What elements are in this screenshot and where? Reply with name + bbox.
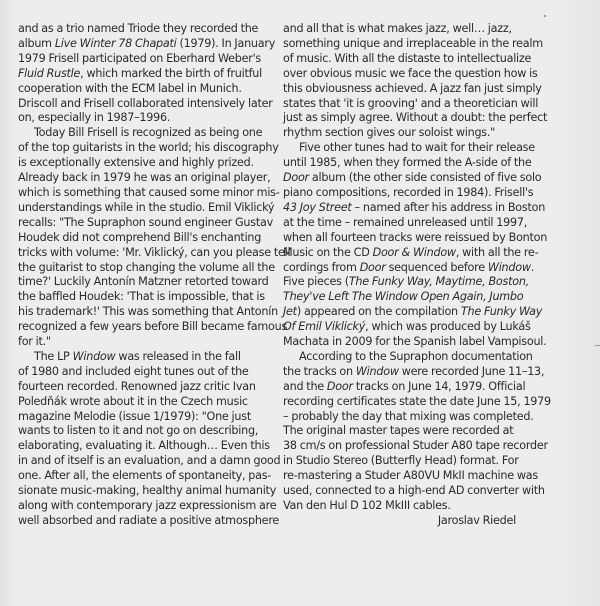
italic-title-text: Live Winter 78 Chapati: [55, 37, 177, 50]
text-line: piano compositions, recorded in 1984). F…: [283, 186, 516, 201]
text-line: time?' Luckily Antonín Matzner retorted …: [18, 275, 258, 290]
body-text: The LP: [34, 350, 73, 363]
body-text: and all that is what makes jazz, well… j…: [283, 22, 512, 35]
body-text: re-mastering a Studer A80VU MkII machine…: [283, 469, 538, 482]
booklet-page: and as a trio named Triode they recorded…: [0, 0, 600, 606]
text-line: just as simply agree. Without a doubt: t…: [283, 111, 516, 126]
italic-title-text: They've Left The Window Open Again, Jumb…: [283, 290, 523, 303]
body-text: this obviousness achieved. A jazz fan ju…: [283, 82, 542, 95]
text-line: cordings from Door sequenced before Wind…: [283, 261, 516, 276]
text-line: is exceptionally extensive and highly pr…: [18, 156, 258, 171]
text-line: states that 'it is grooving' and a theor…: [283, 97, 516, 112]
body-text: of the top guitarists in the world; his …: [18, 141, 279, 154]
italic-title-text: Jet: [283, 305, 297, 318]
body-text: the guitarist to stop changing the volum…: [18, 261, 275, 274]
body-text: until 1985, when they formed the A-side …: [283, 156, 532, 169]
body-text: recalls: "The Supraphon sound engineer G…: [18, 216, 273, 229]
body-text: and as a trio named Triode they recorded…: [18, 22, 258, 35]
body-text: piano compositions, recorded in 1984). F…: [283, 186, 533, 199]
body-text: the baffled Houdek: 'That is impossible,…: [18, 290, 265, 303]
body-text: one. After all, the elements of spontane…: [18, 469, 271, 482]
body-text: and the: [283, 380, 327, 393]
body-text: According to the Supraphon documentation: [299, 350, 533, 363]
body-text: were recorded June 11–13,: [399, 365, 545, 378]
body-text: time?' Luckily Antonín Matzner retorted …: [18, 275, 268, 288]
italic-title-text: Window: [488, 261, 531, 274]
body-text: for it.": [18, 335, 51, 348]
text-line: 43 Joy Street – named after his address …: [283, 201, 516, 216]
body-text: at the time – remained unreleased until …: [283, 216, 527, 229]
body-text: Five pieces (: [283, 275, 349, 288]
body-text: .: [531, 261, 534, 274]
text-line: along with contemporary jazz expressioni…: [18, 499, 258, 514]
body-text: used, connected to a high-end AD convert…: [283, 484, 545, 497]
body-text: wants to listen to it and not go on desc…: [18, 424, 258, 437]
body-text: – probably the day that mixing was compl…: [283, 410, 534, 423]
text-line: of 1980 and included eight tunes out of …: [18, 365, 258, 380]
italic-title-text: The Funky Way: [461, 305, 542, 318]
text-line: wants to listen to it and not go on desc…: [18, 424, 258, 439]
text-line: used, connected to a high-end AD convert…: [283, 484, 516, 499]
body-text: something unique and irreplaceable in th…: [283, 37, 543, 50]
text-line: at the time – remained unreleased until …: [283, 216, 516, 231]
text-line: Five pieces (The Funky Way, Maytime, Bos…: [283, 275, 516, 290]
body-text: Machata in 2009 for the Spanish label Va…: [283, 335, 546, 348]
text-line: rhythm section gives our soloist wings.": [283, 126, 516, 141]
body-text: on, especially in 1987–1996.: [18, 111, 170, 124]
text-line: According to the Supraphon documentation: [283, 350, 516, 365]
body-text: of music. With all the distaste to intel…: [283, 52, 531, 65]
italic-title-text: Door & Window: [373, 246, 456, 259]
body-text: cooperation with the ECM label in Munich…: [18, 82, 242, 95]
text-line: Door album (the other side consisted of …: [283, 171, 516, 186]
body-text: 1979 Frisell participated on Eberhard We…: [18, 52, 261, 65]
body-text: just as simply agree. Without a doubt: t…: [283, 111, 547, 124]
text-line: in Studio Stereo (Butterfly Head) format…: [283, 454, 516, 469]
body-text: magazine Melodie (issue 1/1979): "One ju…: [18, 410, 251, 423]
text-line: Already back in 1979 he was an original …: [18, 171, 258, 186]
text-line: 1979 Frisell participated on Eberhard We…: [18, 52, 258, 67]
body-text: tracks on June 14, 1979. Official: [353, 380, 525, 393]
body-text: recording certificates state the date Ju…: [283, 395, 551, 408]
text-line: Today Bill Frisell is recognized as bein…: [18, 126, 258, 141]
body-text: recognized a few years before Bill becam…: [18, 320, 287, 333]
text-line: when all fourteen tracks were reissued b…: [283, 231, 516, 246]
text-line: Driscoll and Frisell collaborated intens…: [18, 97, 258, 112]
body-text: is exceptionally extensive and highly pr…: [18, 156, 254, 169]
body-text: Poledňák wrote about it in the Czech mus…: [18, 395, 248, 408]
text-line: on, especially in 1987–1996.: [18, 111, 258, 126]
italic-title-text: Fluid Rustle: [18, 67, 80, 80]
italic-title-text: Of Emil Viklický: [283, 320, 365, 333]
body-text: well absorbed and radiate a positive atm…: [18, 514, 279, 527]
text-line: this obviousness achieved. A jazz fan ju…: [283, 82, 516, 97]
text-line: recognized a few years before Bill becam…: [18, 320, 258, 335]
body-text: states that 'it is grooving' and a theor…: [283, 97, 538, 110]
body-text: understandings while in the studio. Emil…: [18, 201, 274, 214]
text-line: recording certificates state the date Ju…: [283, 395, 516, 410]
body-text: sionate music-making, healthy animal hum…: [18, 484, 276, 497]
body-text: when all fourteen tracks were reissued b…: [283, 231, 547, 244]
text-line: Music on the CD Door & Window, with all …: [283, 246, 516, 261]
body-text: – named after his address in Boston: [352, 201, 546, 214]
text-line: the tracks on Window were recorded June …: [283, 365, 516, 380]
body-text: Already back in 1979 he was an original …: [18, 171, 270, 184]
text-line: album Live Winter 78 Chapati (1979). In …: [18, 37, 258, 52]
body-text: Music on the CD: [283, 246, 373, 259]
body-text: was released in the fall: [115, 350, 240, 363]
body-text: cordings from: [283, 261, 360, 274]
text-line: 38 cm/s on professional Studer A80 tape …: [283, 439, 516, 454]
body-text: his trademark!' This was something that …: [18, 305, 278, 318]
text-line: of the top guitarists in the world; his …: [18, 141, 258, 156]
text-line: the guitarist to stop changing the volum…: [18, 261, 258, 276]
text-line: tricks with volume: 'Mr. Viklický, can y…: [18, 246, 258, 261]
text-line: in and of itself is an evaluation, and a…: [18, 454, 258, 469]
text-line: The original master tapes were recorded …: [283, 424, 516, 439]
text-line: The LP Window was released in the fall: [18, 350, 258, 365]
text-line: elaborating, evaluating it. Although… Ev…: [18, 439, 258, 454]
text-line: well absorbed and radiate a positive atm…: [18, 514, 258, 529]
text-line: of music. With all the distaste to intel…: [283, 52, 516, 67]
text-line: – probably the day that mixing was compl…: [283, 410, 516, 425]
text-line: one. After all, the elements of spontane…: [18, 469, 258, 484]
body-text: over obvious music we face the question …: [283, 67, 538, 80]
text-line: over obvious music we face the question …: [283, 67, 516, 82]
author-signature: Jaroslav Riedel: [283, 514, 516, 529]
text-line: and the Door tracks on June 14, 1979. Of…: [283, 380, 516, 395]
italic-title-text: 43 Joy Street: [283, 201, 352, 214]
body-text: tricks with volume: 'Mr. Viklický, can y…: [18, 246, 290, 259]
body-text: in and of itself is an evaluation, and a…: [18, 454, 280, 467]
italic-title-text: Door: [283, 171, 309, 184]
body-text: The original master tapes were recorded …: [283, 424, 513, 437]
scan-speck: [544, 15, 546, 17]
text-line: Machata in 2009 for the Spanish label Va…: [283, 335, 516, 350]
body-text: in Studio Stereo (Butterfly Head) format…: [283, 454, 519, 467]
text-line: magazine Melodie (issue 1/1979): "One ju…: [18, 410, 258, 425]
body-text: sequenced before: [386, 261, 488, 274]
text-line: Jet) appeared on the compilation The Fun…: [283, 305, 516, 320]
body-text: , which was produced by Lukáš: [365, 320, 530, 333]
body-text: (1979). In January: [177, 37, 276, 50]
body-text: fourteen recorded. Renowned jazz critic …: [18, 380, 256, 393]
body-text: album: [18, 37, 55, 50]
italic-title-text: Window: [73, 350, 116, 363]
text-line: fourteen recorded. Renowned jazz critic …: [18, 380, 258, 395]
italic-title-text: The Funky Way, Maytime, Boston,: [349, 275, 529, 288]
italic-title-text: Door: [327, 380, 353, 393]
italic-title-text: Door: [360, 261, 386, 274]
body-text: the tracks on: [283, 365, 356, 378]
body-text: Van den Hul D 102 MkIII cables.: [283, 499, 451, 512]
body-text: of 1980 and included eight tunes out of …: [18, 365, 249, 378]
text-line: recalls: "The Supraphon sound engineer G…: [18, 216, 258, 231]
left-text-column: and as a trio named Triode they recorded…: [18, 22, 258, 529]
body-text: which is something that caused some mino…: [18, 186, 280, 199]
text-line: Of Emil Viklický, which was produced by …: [283, 320, 516, 335]
body-text: rhythm section gives our soloist wings.": [283, 126, 495, 139]
body-text: Five other tunes had to wait for their r…: [299, 141, 535, 154]
body-text: Houdek did not comprehend Bill's enchant…: [18, 231, 261, 244]
body-text: album (the other side consisted of five …: [309, 171, 542, 184]
text-line: sionate music-making, healthy animal hum…: [18, 484, 258, 499]
text-line: re-mastering a Studer A80VU MkII machine…: [283, 469, 516, 484]
body-text: Today Bill Frisell is recognized as bein…: [34, 126, 262, 139]
body-text: ) appeared on the compilation: [297, 305, 461, 318]
text-line: They've Left The Window Open Again, Jumb…: [283, 290, 516, 305]
scan-speck: [595, 345, 600, 346]
text-line: Poledňák wrote about it in the Czech mus…: [18, 395, 258, 410]
text-line: understandings while in the studio. Emil…: [18, 201, 258, 216]
text-line: for it.": [18, 335, 258, 350]
text-line: which is something that caused some mino…: [18, 186, 258, 201]
text-line: Five other tunes had to wait for their r…: [283, 141, 516, 156]
text-line: and as a trio named Triode they recorded…: [18, 22, 258, 37]
text-line: until 1985, when they formed the A-side …: [283, 156, 516, 171]
body-text: along with contemporary jazz expressioni…: [18, 499, 276, 512]
text-line: cooperation with the ECM label in Munich…: [18, 82, 258, 97]
body-text: elaborating, evaluating it. Although… Ev…: [18, 439, 270, 452]
body-text: 38 cm/s on professional Studer A80 tape …: [283, 439, 548, 452]
text-line: the baffled Houdek: 'That is impossible,…: [18, 290, 258, 305]
text-line: Houdek did not comprehend Bill's enchant…: [18, 231, 258, 246]
text-line: Fluid Rustle, which marked the birth of …: [18, 67, 258, 82]
right-text-column: and all that is what makes jazz, well… j…: [283, 22, 516, 529]
body-text: , with all the re-: [456, 246, 539, 259]
text-line: something unique and irreplaceable in th…: [283, 37, 516, 52]
body-text: , which marked the birth of fruitful: [80, 67, 262, 80]
italic-title-text: Window: [356, 365, 399, 378]
text-line: Van den Hul D 102 MkIII cables.: [283, 499, 516, 514]
body-text: Driscoll and Frisell collaborated intens…: [18, 97, 273, 110]
text-line: and all that is what makes jazz, well… j…: [283, 22, 516, 37]
text-line: his trademark!' This was something that …: [18, 305, 258, 320]
